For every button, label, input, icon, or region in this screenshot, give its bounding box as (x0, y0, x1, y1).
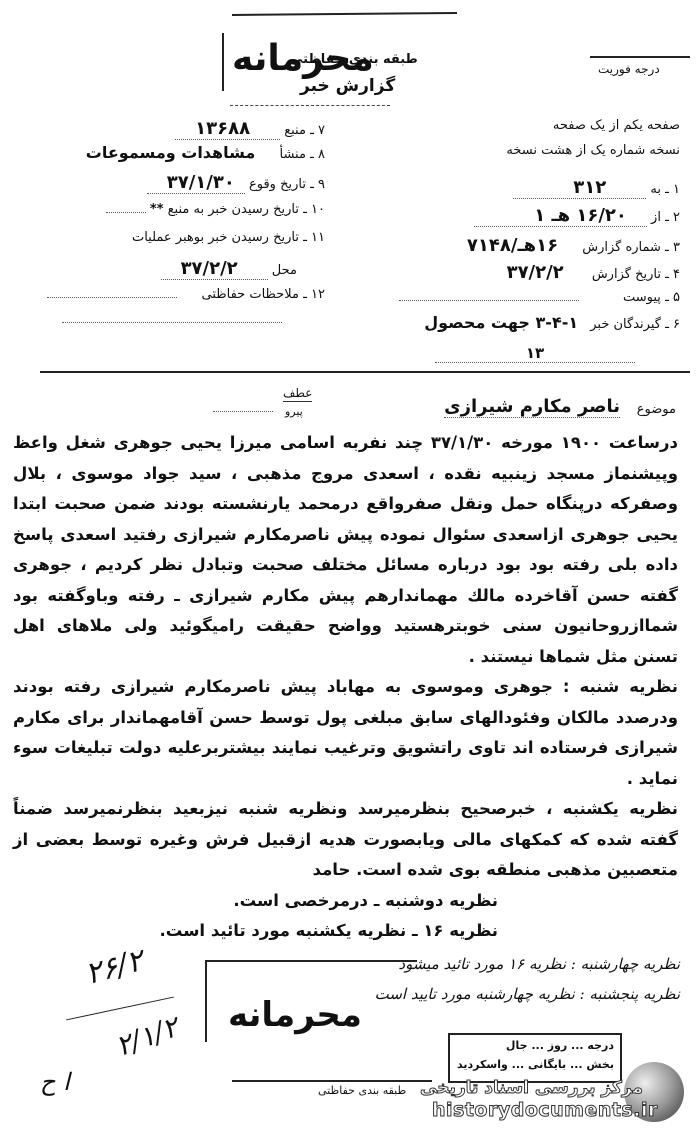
body-paragraph: نظریه یکشنبه ، خبرصحیح بنظرمیرسد ونظریه … (13, 794, 678, 886)
footer-classification: طبقه بندی حفاظتی (318, 1084, 406, 1097)
field-value: ۳۷/۲/۲ (507, 262, 588, 283)
field-label: ۴ ـ تاریخ گزارش (592, 267, 680, 282)
body-paragraph: نظریه ۱۶ ـ نظریه یکشنبه مورد تائید است. (13, 916, 678, 947)
section-divider (40, 371, 690, 373)
field-recipients: ۶ ـ گیرندگان خبر ۱-۴-۳ جهت محصول (424, 313, 680, 332)
field-recipients-extra: ۱۳ (425, 344, 635, 363)
field-label: محل (272, 263, 325, 278)
subject-value: ناصر مکارم شیرازی (444, 396, 620, 418)
report-body: درساعت ۱۹۰۰ مورخه ۳۷/۱/۳۰ چند نفربه اسام… (13, 428, 678, 947)
field-from: ۲ ـ از ۱۶/۲۰ هـ ۱ (474, 205, 680, 226)
priority-rule (590, 56, 690, 58)
body-paragraph: نظریه دوشنبه ـ درمرخصی است. (13, 886, 678, 917)
field-ops-receipt-date: ۱۱ ـ تاریخ رسیدن خبر بوهبر عملیات (132, 230, 325, 245)
footer-rule (232, 1080, 432, 1082)
body-paragraph: نظریه شنبه : جوهری وموسوی به مهاباد پیش … (13, 672, 678, 794)
field-to: ۱ ـ به ۳۱۲ (513, 177, 680, 198)
field-label: ۱۲ ـ ملاحظات حفاظتی (202, 287, 325, 302)
field-report-date: ۴ ـ تاریخ گزارش ۳۷/۲/۲ (507, 262, 680, 283)
handwritten-note: نظریه پنجشنبه : نظریه چهارشنبه مورد تایی… (375, 985, 680, 1003)
field-label: ۷ ـ منبع (284, 123, 325, 138)
field-report-number: ۳ ـ شماره گزارش ۱۶هـ/۷۱۴۸ (467, 235, 680, 256)
field-value: ** (150, 202, 164, 217)
handwritten-signature: ۲۶/۲ (81, 943, 147, 992)
field-origin: ۸ ـ منشأ مشاهدات ومسموعات (86, 143, 325, 162)
field-value: ۱۶هـ/۷۱۴۸ (467, 235, 578, 256)
filing-box-line: بخش ... بایگانی ... واسکردید (450, 1052, 620, 1071)
field-label: ۲ ـ از (651, 210, 680, 225)
stamp-border (222, 33, 224, 91)
field-source-receipt-date: ۱۰ ـ تاریخ رسیدن خبر به منبع ** (106, 202, 325, 217)
field-value: ۳۷/۱/۳۰ (147, 172, 245, 194)
field-value: ۳۱۲ (513, 177, 646, 199)
handwritten-note: نظریه چهارشنبه : نظریه ۱۶ مورد تائید میش… (398, 955, 680, 973)
field-value (399, 300, 579, 301)
field-label: ۸ ـ منشأ (279, 147, 325, 162)
field-location: محل ۳۷/۲/۲ (161, 258, 325, 279)
handwritten-date: ۲/۱/۲ (111, 1010, 182, 1063)
field-value: مشاهدات ومسموعات (86, 143, 276, 162)
followup-label: پیرو (285, 405, 303, 418)
field-label: ۱۱ ـ تاریخ رسیدن خبر بوهبر عملیات (132, 230, 325, 245)
page-info: صفحه یکم از یک صفحه (553, 118, 680, 133)
filing-box: درجه ... روز ... جال بخش ... بایگانی ...… (448, 1033, 622, 1083)
field-occurrence-date: ۹ ـ تاریخ وقوع ۳۷/۱/۳۰ (147, 172, 325, 193)
field-value: ۱۶/۲۰ هـ ۱ (474, 205, 647, 227)
field-value: ۱-۴-۳ جهت محصول (424, 313, 586, 332)
field-security-notes: ۱۲ ـ ملاحظات حفاظتی (47, 287, 325, 302)
reference-label: عطف (283, 386, 312, 402)
field-value: ۱۳۶۸۸ (175, 118, 280, 140)
top-rule (232, 12, 457, 16)
field-label: ۱۰ ـ تاریخ رسیدن خبر به منبع (168, 202, 325, 217)
handwritten-initials: ا ح (40, 1068, 70, 1096)
subject-label: موضوع (637, 402, 676, 417)
field-label: ۱ ـ به (650, 182, 680, 197)
bottom-classification-stamp: محرمانه (228, 995, 362, 1035)
field-source: ۷ ـ منبع ۱۳۶۸۸ (175, 118, 325, 139)
priority-label: درجه فوریت (598, 62, 660, 76)
classification-label: طبقه بندی حفاظتی (290, 52, 418, 67)
copy-info: نسخه شماره یک از هشت نسخه (506, 143, 680, 158)
report-title: گزارش خبر (300, 76, 395, 96)
body-paragraph: درساعت ۱۹۰۰ مورخه ۳۷/۱/۳۰ چند نفربه اسام… (13, 428, 678, 672)
field-label: ۳ ـ شماره گزارش (582, 240, 680, 255)
field-value: ۳۷/۲/۲ (161, 258, 268, 280)
notes-dotted-line (62, 322, 282, 323)
field-label: ۶ ـ گیرندگان خبر (590, 317, 680, 332)
field-attachment: ۵ ـ پیوست (399, 290, 680, 305)
field-label: ۵ ـ پیوست (623, 290, 680, 305)
stamp-underline (230, 105, 390, 106)
watermark-url: historydocuments.ir (432, 1099, 658, 1121)
watermark-persian: مرکز بررسی اسناد تاریخی (420, 1078, 643, 1098)
field-label: ۹ ـ تاریخ وقوع (249, 177, 325, 192)
filing-box-line: درجه ... روز ... جال (450, 1035, 620, 1052)
reference-dots (213, 411, 273, 412)
